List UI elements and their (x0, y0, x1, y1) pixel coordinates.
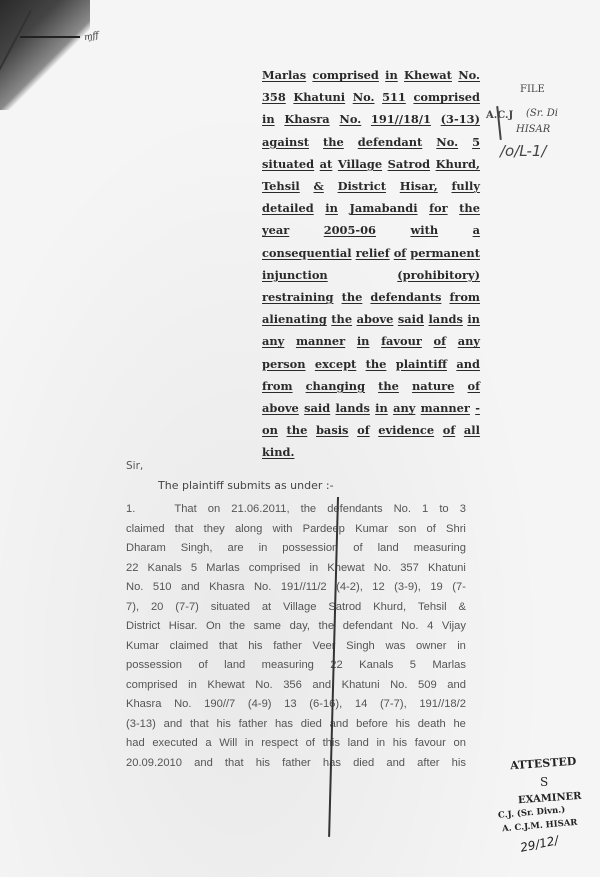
paragraph-line: possessionoflandmeasuring22Kanals5Marlas (126, 656, 466, 676)
prayer-line: kind. (262, 441, 480, 463)
corner-mark-line (20, 36, 80, 38)
paragraph-line: claimedthattheyalongwithPardeepKumarsono… (126, 520, 466, 540)
examiner-label: EXAMINER (518, 791, 582, 806)
prayer-line: 358KhatuniNo.511comprised (262, 86, 480, 108)
paragraph-line: (3-13)andthathisfatherhasdiedandbeforehi… (126, 715, 466, 735)
prayer-line: year2005-06witha (262, 219, 480, 241)
prayer-line: situatedatVillageSatrodKhurd, (262, 153, 480, 175)
prayer-line: detailedinJamabandiforthe (262, 197, 480, 219)
examiner-office: A. C.J.M. HISAR (502, 818, 578, 835)
stamp-division: (Sr. Di (526, 108, 558, 119)
stamp-court: A.C.J (486, 110, 513, 121)
scan-corner-shadow (0, 0, 90, 110)
paragraph-1: 1.Thaton21.06.2011,thedefendantsNo.1to3c… (126, 500, 466, 773)
paragraph-line: DistrictHisar.Onthesameday,thedefendantN… (126, 617, 466, 637)
prayer-line: inKhasraNo.191//18/1(3-13) (262, 108, 480, 130)
salutation: Sir, (126, 460, 143, 472)
prayer-line: restrainingthedefendantsfrom (262, 286, 480, 308)
paragraph-line: KhasraNo.190//7(4-9)13(6-16),14(7-7),191… (126, 695, 466, 715)
prayer-line: personexcepttheplaintiffand (262, 353, 480, 375)
stamp-file-label: FILE (520, 84, 545, 95)
paragraph-line: 20.09.2010andthathisfatherhasdiedandafte… (126, 754, 466, 774)
paragraph-line: DharamSingh,areinpossessionoflandmeasuri… (126, 539, 466, 559)
paragraph-line: 1.Thaton21.06.2011,thedefendantsNo.1to3 (126, 500, 466, 520)
prayer-line: alienatingtheabovesaidlandsin (262, 308, 480, 330)
attested-initial: S (540, 775, 548, 789)
paragraph-line: 7),20(7-7)situatedatVillageSatrodKhurd,T… (126, 598, 466, 618)
prayer-line: onthebasisofevidenceofall (262, 419, 480, 441)
attested-signature-date: 29/12/ (519, 833, 560, 855)
paragraph-line: KumarclaimedthathisfatherVeerSinghwasown… (126, 637, 466, 657)
scanned-document-page: ɱff MarlascomprisedinKhewatNo.358Khatuni… (0, 0, 600, 877)
prayer-line: abovesaidlandsinanymanner- (262, 397, 480, 419)
corner-handwriting: ɱff (83, 31, 99, 43)
prayer-line: againstthedefendantNo.5 (262, 131, 480, 153)
intro-line: The plaintiff submits as under :- (158, 479, 334, 492)
prayer-line: anymannerinfavourofany (262, 330, 480, 352)
stamp-handwritten-date: /o/L-1/ (500, 142, 547, 160)
file-stamp: FILE A.C.J (Sr. Di HISAR /o/L-1/ (486, 78, 596, 168)
attested-label: ATTESTED (510, 755, 577, 773)
prayer-clause: MarlascomprisedinKhewatNo.358KhatuniNo.5… (262, 64, 480, 464)
attested-stamp: ATTESTED S EXAMINER C.J. (Sr. Divn.) A. … (490, 753, 600, 873)
paragraph-line: 22Kanals5MarlascomprisedinKhewatNo.357Kh… (126, 559, 466, 579)
prayer-line: MarlascomprisedinKhewatNo. (262, 64, 480, 86)
prayer-line: consequentialreliefofpermanent (262, 242, 480, 264)
prayer-line: fromchangingthenatureof (262, 375, 480, 397)
prayer-line: injunction(prohibitory) (262, 264, 480, 286)
prayer-line: Tehsil&DistrictHisar,fully (262, 175, 480, 197)
stamp-place: HISAR (516, 124, 550, 135)
paragraph-line: No.510andKhasraNo.191//11/2(4-2),12(3-9)… (126, 578, 466, 598)
paragraph-line: comprisedinKhewatNo.356andKhatuniNo.509a… (126, 676, 466, 696)
paragraph-line: hadexecutedaWillinrespectofthislandinhis… (126, 734, 466, 754)
